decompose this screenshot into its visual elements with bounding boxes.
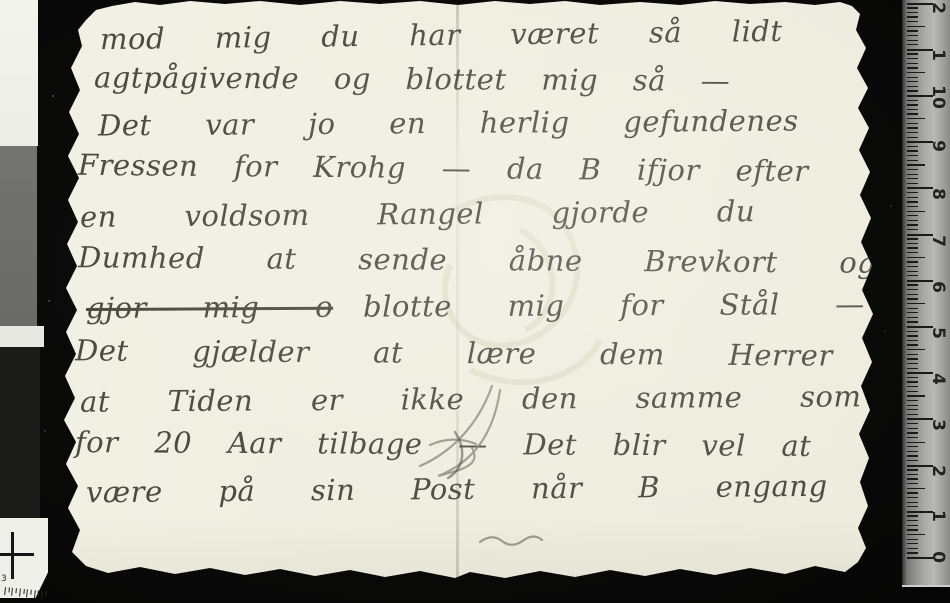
calibration-tick [30,590,32,595]
ruler-unit-label: 2 [928,0,948,18]
ruler-tick [907,344,918,345]
ruler-tick [907,174,918,175]
ruler-tick [907,12,918,13]
ruler-tick [907,81,918,82]
ruler-tick [907,58,918,59]
handwriting-line: være på sin Post når B engang [86,469,828,509]
ruler-unit-label: 6 [928,277,948,297]
ruler-tick [907,502,918,503]
ruler-tick [907,400,918,401]
ruler-tick [907,451,918,452]
ruler-tick [907,492,918,493]
ruler-tick [907,44,918,45]
scan-background: 3 mod mig du har været så lidt agtpågive… [0,0,950,603]
ruler-tick [907,30,918,31]
ruler-tick [907,460,918,461]
ruler-tick [907,261,918,262]
ruler-unit-label: 8 [928,184,948,204]
ruler-tick [907,520,918,521]
ruler-tick [907,409,918,410]
calibration-tick [26,589,28,597]
ruler-tick [907,77,918,78]
ruler-tick [907,294,918,295]
ruler-tick [907,488,925,489]
ruler-unit-label: 0 [928,547,948,567]
calibration-white-patch [0,0,38,146]
ruler-tick [907,303,925,304]
ruler-tick [907,201,918,202]
handwriting-line: Fressen for Krohg — da B ifjor efter [78,148,809,188]
ruler-unit-label: 10 [928,87,948,107]
ruler-unit-label: 9 [928,136,948,156]
ruler-tick [907,257,925,258]
ruler-tick [907,543,918,544]
ruler-tick [907,7,918,8]
handwriting-line: Dumhed at sende åbne Brevkort og [78,240,877,280]
ruler-unit-label: 7 [928,231,948,251]
ruler-unit-label: 1 [928,45,948,65]
ruler-tick [907,529,918,530]
ruler-tick [907,35,918,36]
ruler-tick [907,266,918,267]
ruler-tick [907,483,918,484]
ruler-tick [907,104,918,105]
handwriting-line: agtpågivende og blottet mig så — [94,60,730,97]
struck-text: gjor mig o [86,290,333,325]
ruler-tick [907,224,918,225]
ruler-tick [907,178,918,179]
ruler-tick [907,298,918,299]
ruler-tick [907,67,918,68]
ruler-unit-label: 2 [928,461,948,481]
ruler-tick [907,446,918,447]
ruler-tick [907,127,918,128]
ruler-tick [907,164,925,165]
ruler-tick [907,90,918,91]
ruler-tick [907,238,918,239]
calibration-tick [38,590,40,595]
ruler-tick [907,86,918,87]
calibration-tick [45,591,47,596]
ruler-tick [907,469,918,470]
ruler-tick [907,552,918,553]
ruler-tick [907,192,918,193]
ruler-tick [907,340,918,341]
ruler-tick [907,381,918,382]
ruler-tick [907,150,918,151]
ruler-tick [907,109,918,110]
handwriting-line: en voldsom Rangel gjorde du [80,194,755,234]
handwriting-line: for 20 Aar tilbage — Det blir vel at [75,425,812,463]
ruler-tick [907,197,918,198]
ruler-unit-label: 3 [928,415,948,435]
calibration-target-patch [0,518,48,598]
calibration-tick [4,587,6,595]
handwriting-line: mod mig du har været så lidt [100,14,783,56]
ruler-tick [907,363,918,364]
ruler-tick [907,428,918,429]
ruler-tick [907,243,918,244]
handwriting-line: Det gjælder at lære dem Herrer [75,333,833,372]
ruler-tick [907,437,918,438]
ruler-tick [907,229,918,230]
ruler-tick [907,391,918,392]
ruler-tick [907,132,918,133]
ruler-tick [907,169,918,170]
ruler-tick [907,275,918,276]
calibration-gray-patch [0,146,37,326]
ruler-tick [907,271,918,272]
ruler-tick [907,40,918,41]
ruler-tick [907,414,918,415]
handwriting-line: at Tiden er ikke den samme som [80,379,862,418]
crosshair-icon [11,532,14,579]
ruler-tick [907,137,918,138]
ruler-unit-label: 5 [928,323,948,343]
ruler-tick [907,548,918,549]
ruler-tick [907,358,918,359]
ruler-tick [907,317,918,318]
ruler-tick [907,312,918,313]
calibration-tick [34,590,36,598]
ruler-tick [907,497,918,498]
ruler-tick [907,215,918,216]
handwriting-line: gjor mig oblotte mig for Stål — [86,287,865,325]
letter-paper: mod mig du har været så lidt agtpågivend… [0,0,950,603]
ruler-tick [907,386,918,387]
ruler-tick [907,247,918,248]
ruler-tick [907,123,918,124]
crosshair-icon [0,553,34,556]
ruler-tick [907,478,918,479]
ruler-tick [907,21,918,22]
ruler-tick [907,72,925,73]
ruler-tick [907,53,918,54]
ruler-tick [907,354,918,355]
ruler-tick [907,118,925,119]
calibration-black-patch [0,347,40,518]
ruler: 21109876543210 [902,0,950,587]
ruler-tick [907,405,918,406]
ruler-tick [907,146,918,147]
ruler-tick [907,16,918,17]
ruler-tick [907,534,925,535]
calibration-scale-label: 3 [1,574,7,584]
ruler-tick [907,63,918,64]
calibration-card: 3 [0,0,50,603]
ruler-tick [907,100,918,101]
calibration-tick [8,587,10,592]
ruler-tick [907,183,918,184]
ruler-tick [907,432,918,433]
ruler-tick [907,206,918,207]
ruler-tick [907,113,918,114]
ruler-tick [907,211,925,212]
ruler-tick [907,331,918,332]
ruler-tick [907,308,918,309]
ruler-tick [907,335,918,336]
handwriting-line: Det var jo en herlig gefundenes [98,104,799,143]
ruler-tick [907,515,918,516]
ruler-tick [907,289,918,290]
calibration-tick [16,588,18,593]
ruler-tick [907,525,918,526]
ruler-tick [907,395,925,396]
ruler-tick [907,321,918,322]
ruler-tick [907,220,918,221]
calibration-tick [19,589,21,597]
ruler-tick [907,423,918,424]
ruler-tick [907,455,918,456]
ruler-tick [907,377,918,378]
ruler-tick [907,26,925,27]
ruler-unit-label: 4 [928,369,948,389]
ruler-tick [907,284,918,285]
ruler-tick [907,155,918,156]
calibration-tick [12,588,14,596]
calibration-divider [0,326,44,347]
ruler-tick [907,442,925,443]
ruler-tick [907,539,918,540]
calibration-mini-scale [4,587,49,602]
ruler-tick [907,506,918,507]
ruler-tick [907,349,925,350]
handwriting-text: blotte mig for Stål — [363,287,865,324]
ruler-tick [907,368,918,369]
calibration-tick [23,589,25,594]
ruler-tick [907,252,918,253]
calibration-tick [41,591,43,599]
ruler-tick [907,160,918,161]
ruler-unit-label: 1 [928,506,948,526]
ruler-tick [907,474,918,475]
